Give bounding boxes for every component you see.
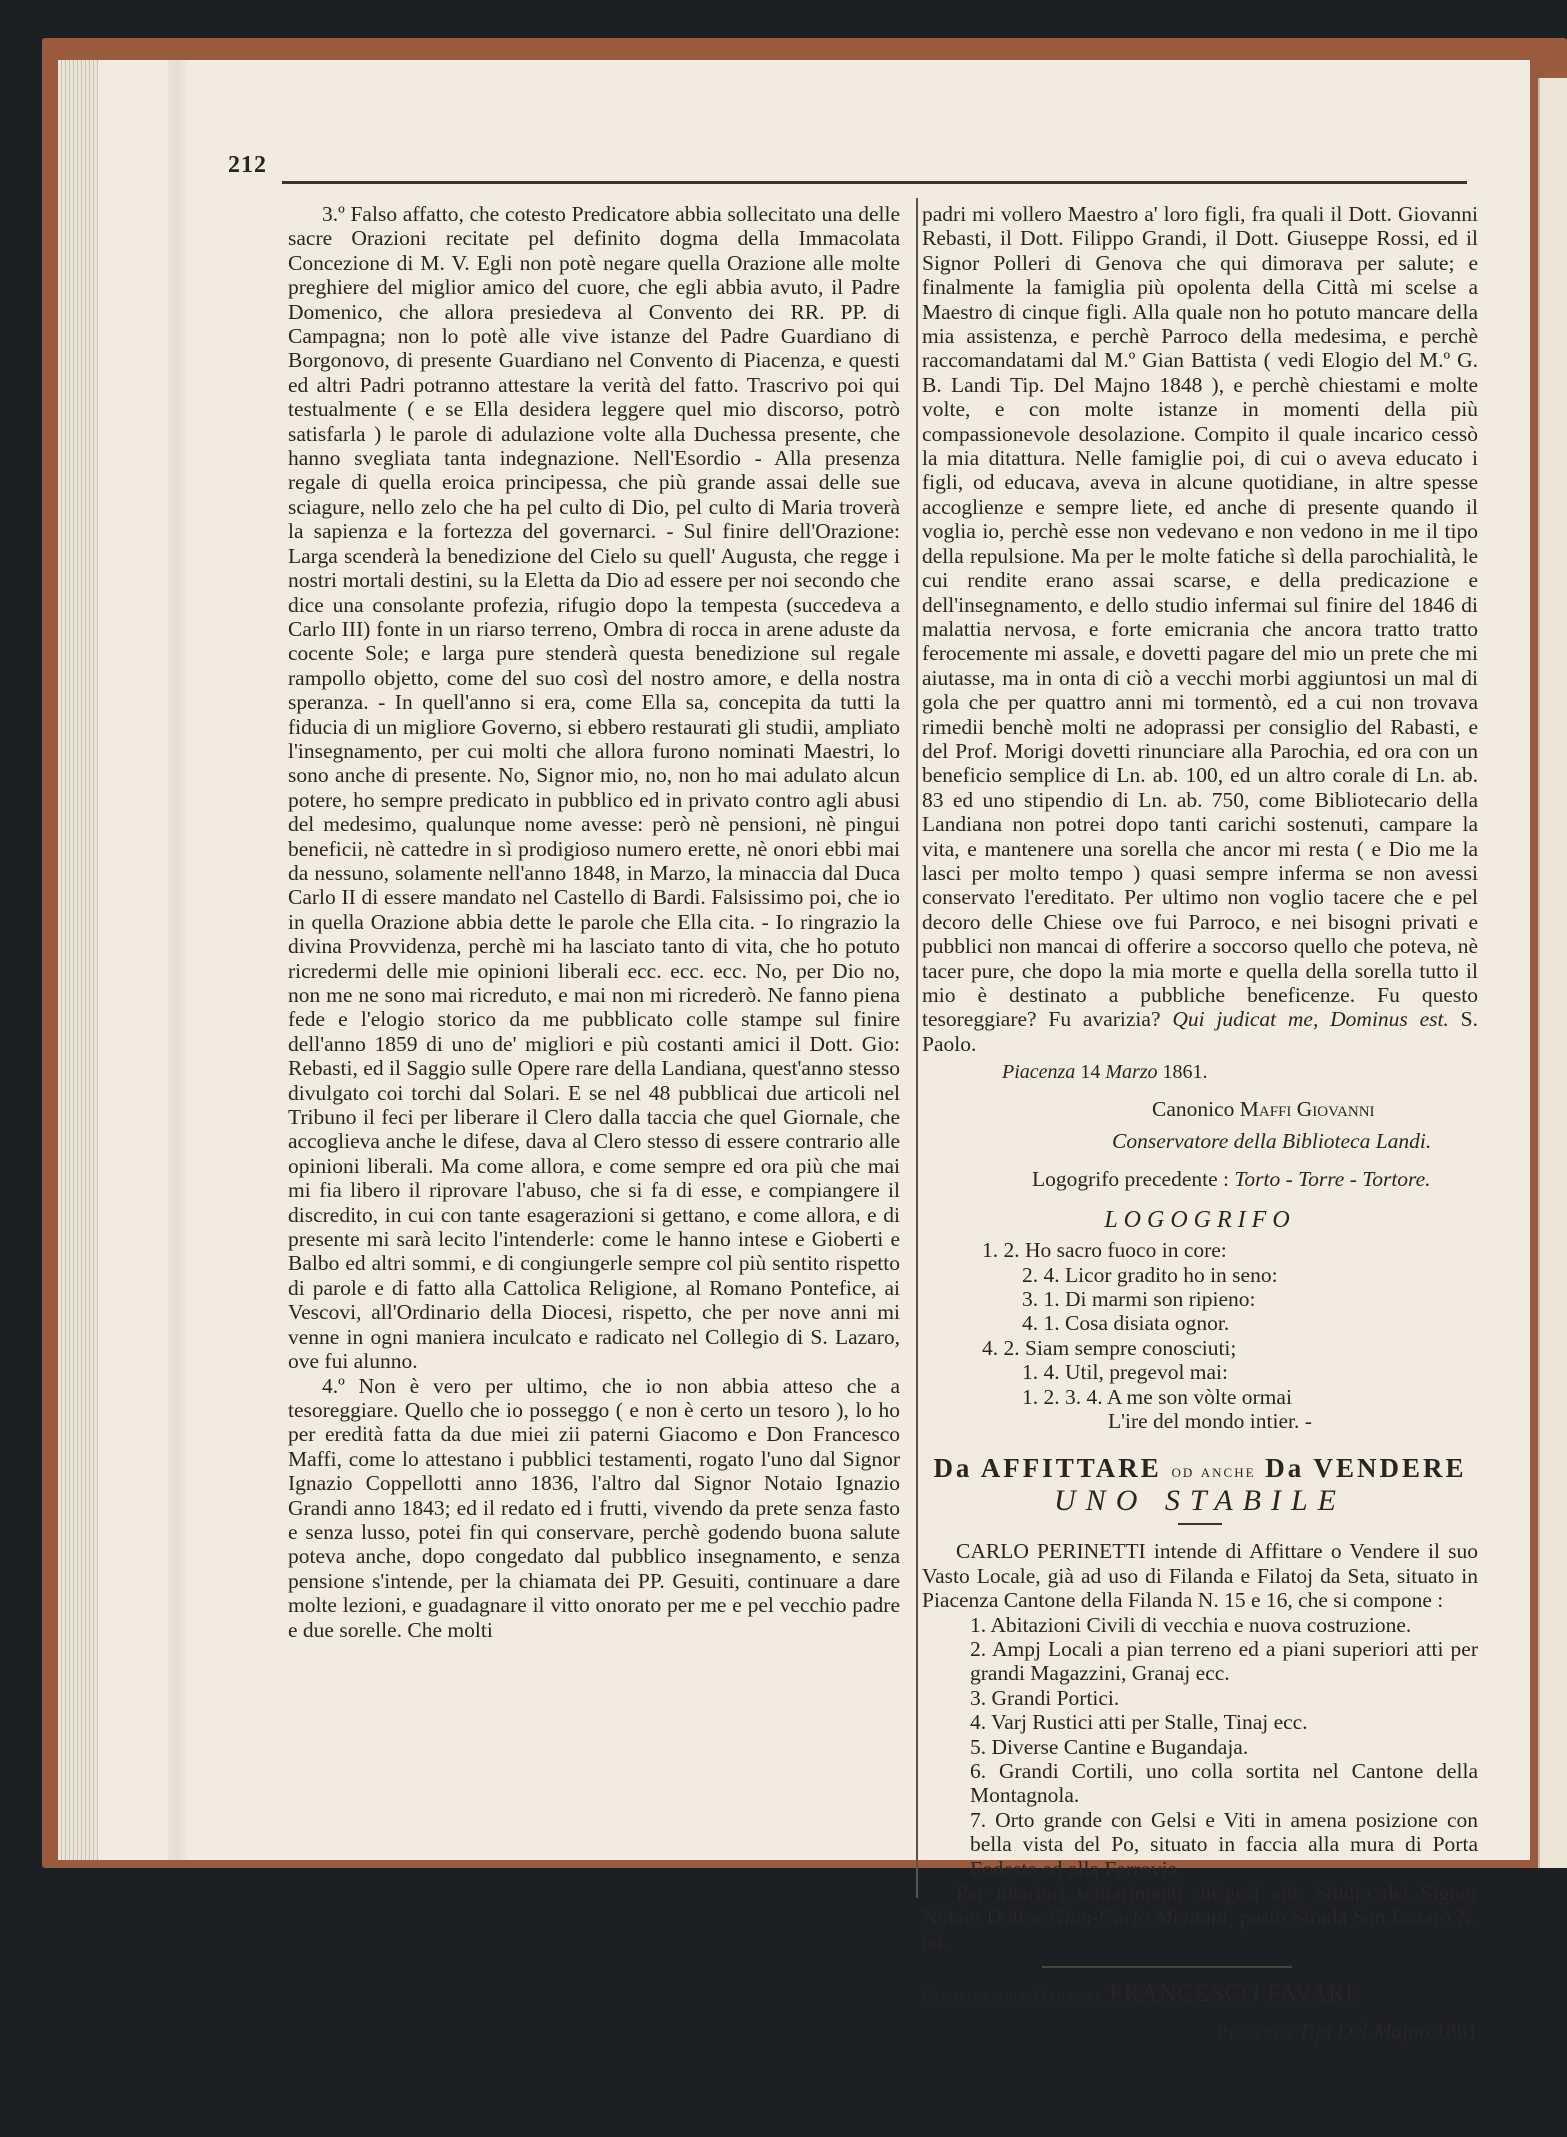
previous-logogrifo: Logogrifo precedente : Torto - Torre - T… — [1032, 1167, 1478, 1191]
latin-quote: Qui judicat me, Dominus est. — [1172, 1007, 1449, 1031]
column-divider — [916, 198, 918, 1898]
ad-contact: Per ulteriori schiarimenti dirigesi allo… — [922, 1881, 1478, 1954]
page-stack-edge — [58, 60, 98, 1860]
verse-line: 3. 1. Di marmi son ripieno: — [922, 1287, 1478, 1311]
verse-line: 4. 1. Cosa disiata ognor. — [922, 1311, 1478, 1335]
verse-line: L'ire del mondo intier. - — [922, 1409, 1478, 1433]
logogrifo-title: LOGOGRIFO — [922, 1208, 1478, 1232]
verse-line: 1. 2. 3. 4. A me son vòlte ormai — [922, 1385, 1478, 1409]
left-column: 3.º Falso affatto, che cotesto Predicato… — [288, 202, 900, 1642]
compiler-credit: Compilatore Gerente FRANCESCO FAVARI. — [922, 1982, 1478, 2008]
ad-list-item: 7. Orto grande con Gelsi e Viti in amena… — [922, 1808, 1478, 1881]
page-number: 212 — [228, 152, 267, 179]
ad-subheading: UNO STABILE — [922, 1489, 1478, 1513]
header-rule — [282, 181, 1467, 184]
printer-imprint: Piacenza Tipi Del Majno 1861 — [922, 2019, 1478, 2045]
paragraph-3: 3.º Falso affatto, che cotesto Predicato… — [288, 202, 900, 1374]
ad-heading: Da AFFITTARE od anche Da VENDERE — [922, 1456, 1478, 1483]
ad-list-item: 1. Abitazioni Civili di vecchia e nuova … — [922, 1613, 1478, 1637]
ad-list-item: 2. Ampj Locali a pian terreno ed a piani… — [922, 1637, 1478, 1686]
ad-list-item: 5. Diverse Cantine e Bugandaja. — [922, 1735, 1478, 1759]
paragraph-4: 4.º Non è vero per ultimo, che io non ab… — [288, 1374, 900, 1642]
signature: Canonico Maffi Giovanni — [1152, 1097, 1478, 1121]
next-page-edge — [1538, 78, 1567, 1868]
ad-list-item: 4. Varj Rustici atti per Stalle, Tinaj e… — [922, 1710, 1478, 1734]
right-column: padri mi vollero Maestro a' loro figli, … — [922, 202, 1478, 2045]
ad-rule — [1178, 1523, 1222, 1525]
footer-rule — [1042, 1966, 1292, 1968]
verse-line: 2. 4. Licor gradito ho in seno: — [922, 1263, 1478, 1287]
ad-list-item: 6. Grandi Cortili, uno colla sortita nel… — [922, 1759, 1478, 1808]
ad-list-item: 3. Grandi Portici. — [922, 1686, 1478, 1710]
letter-continuation: padri mi vollero Maestro a' loro figli, … — [922, 202, 1478, 1056]
verse-line: 4. 2. Siam sempre conosciuti; — [922, 1336, 1478, 1360]
verse-line: 1. 2. Ho sacro fuoco in core: — [922, 1238, 1478, 1262]
signature-role: Conservatore della Biblioteca Landi. — [1112, 1129, 1478, 1153]
verse-line: 1. 4. Util, pregevol mai: — [922, 1360, 1478, 1384]
ad-intro: CARLO PERINETTI intende di Affittare o V… — [922, 1539, 1478, 1612]
letter-date: Piacenza 14 Marzo 1861. — [1002, 1060, 1478, 1084]
